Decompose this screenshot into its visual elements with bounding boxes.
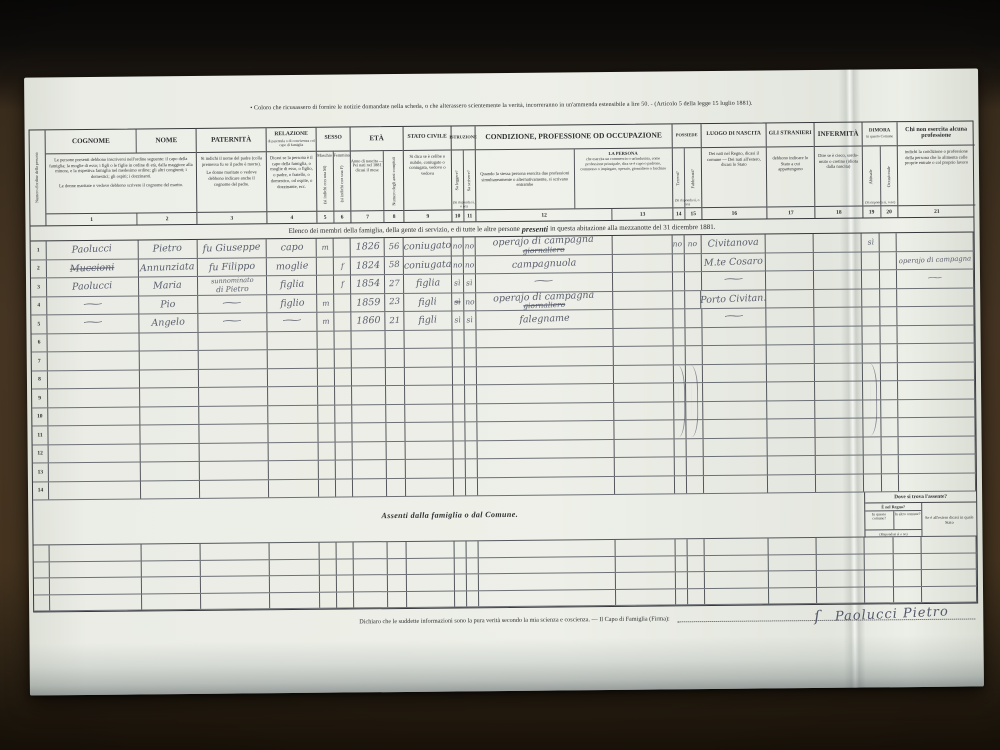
- col-number-15: 15: [685, 208, 701, 219]
- header-group-sesso: SESSO Maschio (si indichi con una M) Fem…: [317, 127, 352, 222]
- row-number: 2: [31, 260, 47, 278]
- birthplace: [702, 327, 767, 345]
- birthplace: Civitanova: [701, 234, 766, 252]
- foreigner-state: [766, 234, 814, 252]
- civil-status: [406, 422, 454, 440]
- col-number-5: 5: [317, 212, 334, 223]
- civil-status: coniugato: [404, 237, 452, 255]
- paternity: [199, 387, 269, 405]
- header-group-istruzione: ISTRUZIONE Sa leggere? Sa scrivere? (Si …: [452, 126, 477, 221]
- col-number-21: 21: [898, 206, 975, 218]
- handwritten-entry: no: [465, 298, 475, 306]
- birth-year: [354, 575, 388, 591]
- owns-buildings: [685, 365, 702, 383]
- handwritten-entry: sì: [454, 279, 461, 287]
- can-write: [465, 367, 477, 385]
- profession: [477, 402, 614, 421]
- handwritten-entry: Angelo: [151, 318, 185, 329]
- handwritten-entry: Paolucci: [72, 281, 113, 292]
- handwritten-entry: 23: [389, 298, 400, 307]
- owns-buildings: [684, 254, 701, 272]
- sex-male: [318, 387, 335, 405]
- profession: [477, 421, 614, 440]
- handwritten-entry: ~: [220, 318, 245, 327]
- paternity: [200, 560, 270, 576]
- sex-female: [335, 368, 352, 386]
- header-group-stato-civile: STATO CIVILE Si dica se è celibe o nubil…: [404, 126, 453, 221]
- civil-status: coniugata: [404, 256, 452, 274]
- civil-status: [405, 348, 453, 366]
- handwritten-entry: fu Giuseppe: [203, 243, 261, 255]
- table-header: Numero d'ordine della persona COGNOME NO…: [30, 121, 974, 226]
- absent-abroad-state: [922, 569, 977, 585]
- employment-position: [612, 235, 672, 253]
- residence-occasional: [881, 326, 898, 344]
- handwritten-entry: figli: [419, 315, 438, 325]
- col-number-4: 4: [267, 212, 316, 223]
- age-years: [387, 423, 406, 441]
- profession: [479, 556, 616, 573]
- handwritten-entry: f: [341, 280, 344, 288]
- owns-land: [672, 254, 684, 272]
- infirmity: [817, 554, 865, 570]
- birthplace: [703, 401, 768, 419]
- civil-status: figli: [405, 311, 453, 329]
- can-write: [465, 404, 477, 422]
- given-name: [141, 480, 200, 498]
- dimora-abituale-col: Abituale: [863, 146, 881, 206]
- residence-occasional: [882, 437, 899, 455]
- owns-land: [675, 539, 687, 555]
- dimora-note: (Si risponda sì, o no): [863, 200, 897, 204]
- can-write: [467, 574, 479, 590]
- civil-status: [406, 441, 454, 459]
- foreigner-state: [766, 253, 814, 271]
- provider-profession: [899, 454, 976, 472]
- col-number-16: 16: [702, 208, 766, 220]
- header-group-stranieri: GLI STRANIERI debbono indicare lo Stato …: [767, 123, 816, 218]
- header-group-dimora: DIMORA in questo Comune Abituale Occasio…: [863, 122, 899, 217]
- handwritten-entry: ~: [721, 313, 746, 322]
- chi-non-esercita-instructions: indichi la condizione o professione dell…: [898, 145, 976, 205]
- owns-buildings: [686, 457, 703, 475]
- residence-habitual: [863, 344, 881, 362]
- profession: [478, 439, 615, 458]
- birth-year: [352, 349, 386, 367]
- can-read: [453, 385, 465, 403]
- owns-land: [674, 383, 686, 401]
- foreigner-state: [769, 588, 817, 604]
- condizione-instructions: Quando la stessa persona esercita due pr…: [476, 149, 575, 209]
- owns-land: [675, 572, 687, 588]
- sex-female: [335, 386, 352, 404]
- header-stato-civile: STATO CIVILE: [404, 127, 451, 150]
- civil-status: figli: [404, 293, 452, 311]
- owns-land: [676, 589, 688, 605]
- handwritten-entry: figlia: [415, 278, 440, 288]
- surname: [50, 561, 142, 577]
- owns-buildings: [687, 572, 704, 588]
- can-write: [465, 422, 477, 440]
- employment-position: [614, 402, 674, 420]
- owns-buildings: [686, 476, 703, 494]
- owns-land: [674, 457, 686, 475]
- age-years: [386, 367, 405, 385]
- surname: [50, 577, 142, 593]
- penalty-notice: • Coloro che ricusassero di fornire le n…: [84, 99, 918, 113]
- absent-rows: [34, 536, 978, 611]
- relationship: [269, 479, 319, 497]
- possiede-note: (Si risponda sì, o no): [673, 198, 701, 206]
- row-number: 13: [33, 463, 49, 481]
- relationship: [270, 543, 320, 559]
- sex-female: f: [334, 275, 351, 293]
- paternity: ~: [198, 313, 268, 331]
- birthplace: [704, 571, 769, 587]
- paternity: [199, 443, 269, 461]
- handwritten-entry: m: [322, 299, 329, 307]
- residence-habitual: sì: [862, 233, 880, 251]
- can-read: [455, 558, 467, 574]
- given-name: Pio: [139, 295, 198, 313]
- sex-female: [336, 460, 353, 478]
- can-read: [455, 574, 467, 590]
- owns-buildings: [685, 346, 702, 364]
- paternita-instructions: Si indichi il nome del padre (colla prem…: [197, 152, 267, 212]
- header-dimora: DIMORA in questo Comune: [863, 122, 897, 145]
- infirmity: [814, 252, 862, 270]
- owns-land: [674, 402, 686, 420]
- absent-other-commune: [894, 553, 922, 569]
- age-years: [387, 460, 406, 478]
- relationship: [269, 424, 319, 442]
- age-years: [388, 558, 407, 574]
- header-infermita: INFERMITÀ: [815, 123, 862, 146]
- employment-position: [613, 328, 673, 346]
- header-group-condizione: CONDIZIONE, PROFESSIONE OD OCCUPAZIONE Q…: [476, 124, 674, 221]
- handwritten-entry: m: [321, 244, 328, 252]
- handwritten-entry: m: [322, 318, 329, 326]
- residence-habitual: [863, 326, 881, 344]
- sex-male: [318, 350, 335, 368]
- residence-occasional: [880, 252, 897, 270]
- owns-land: [674, 420, 686, 438]
- handwritten-entry: figli: [418, 297, 437, 307]
- sex-male: [319, 442, 336, 460]
- can-write: [467, 541, 479, 557]
- age-years: 23: [385, 293, 404, 311]
- infirmity: [816, 419, 864, 437]
- col-number-9: 9: [404, 211, 451, 222]
- handwritten-entry: sì: [455, 316, 462, 324]
- sex-male: [318, 368, 335, 386]
- profession: [477, 365, 614, 384]
- row-number: 14: [33, 482, 49, 500]
- col-number-11: 11: [464, 210, 476, 221]
- col-number-18: 18: [815, 207, 862, 218]
- relationship: [270, 559, 320, 575]
- row-number: 5: [31, 315, 47, 333]
- row-number: 7: [32, 352, 48, 370]
- absent-this-commune: [865, 554, 894, 570]
- row-number: 4: [31, 297, 47, 315]
- profession: [478, 476, 615, 495]
- foreigner-state: [769, 555, 817, 571]
- residence-habitual: [862, 270, 880, 288]
- row-number: [34, 562, 50, 578]
- owns-land: [673, 365, 685, 383]
- person-number-column-label: Numero d'ordine della persona: [35, 153, 40, 203]
- col-number-6: 6: [334, 212, 351, 223]
- paternity: [199, 406, 269, 424]
- provider-profession: [897, 232, 974, 250]
- age-years: [387, 441, 406, 459]
- sex-female: [334, 294, 351, 312]
- handwritten-entry: Muccioni: [70, 263, 115, 274]
- birthplace: ~: [702, 271, 767, 289]
- infirmity: [814, 234, 862, 252]
- residence-habitual: [864, 455, 882, 473]
- row-number: 9: [32, 389, 48, 407]
- col-number-2: 2: [138, 213, 197, 224]
- handwritten-entry: 21: [389, 316, 400, 325]
- table-body: 1PaolucciPietrofu Giuseppecapom182656con…: [31, 232, 976, 500]
- foreigner-state: [767, 308, 815, 326]
- can-write: no: [464, 237, 476, 255]
- handwritten-entry: sì: [867, 238, 874, 246]
- infirmity: [815, 326, 863, 344]
- foreigner-state: [768, 438, 816, 456]
- sex-female: [336, 423, 353, 441]
- row-number: 1: [31, 241, 47, 259]
- relationship: [268, 368, 318, 386]
- handwritten-entry: fu Filippo: [209, 261, 256, 272]
- can-read: [453, 367, 465, 385]
- sex-female: [334, 238, 351, 256]
- provider-profession: [898, 325, 975, 343]
- provider-profession: [898, 362, 975, 380]
- civil-status: [405, 385, 453, 403]
- sex-male: [319, 479, 336, 497]
- given-name: [140, 425, 199, 443]
- handwritten-entry: coniugato: [403, 241, 451, 252]
- handwritten-entry: falegname: [519, 314, 570, 325]
- luogo-instructions: Dei nati nel Regno, dicasi il comune — D…: [702, 147, 767, 207]
- employment-position: [614, 457, 674, 475]
- infirmity: [817, 571, 865, 587]
- header-group-paternita: PATERNITÀ Si indichi il nome del padre (…: [197, 128, 268, 224]
- employment-position: [613, 309, 673, 327]
- sex-male: [320, 576, 337, 592]
- profession: [478, 458, 615, 477]
- can-read: [453, 348, 465, 366]
- infirmity: [817, 587, 865, 603]
- employment-position: [615, 556, 675, 572]
- residence-habitual: [862, 252, 880, 270]
- infirmity: [814, 271, 862, 289]
- handwritten-entry: ~: [280, 317, 305, 326]
- handwritten-entry: 58: [389, 261, 400, 270]
- istruzione-note: (Si risponda sì, o no): [452, 200, 475, 208]
- profession: [479, 573, 616, 590]
- header-group-eta: ETÀ Anno di nascita — Pei nati nel 1881 …: [351, 127, 405, 223]
- handwritten-entry: Maria: [153, 281, 182, 292]
- civil-status: [405, 404, 453, 422]
- handwritten-entry: Pietro: [153, 244, 182, 255]
- birthplace: [704, 555, 769, 571]
- handwritten-entry: no: [453, 242, 463, 250]
- birthplace: [703, 438, 768, 456]
- row-number: 3: [31, 278, 47, 296]
- handwritten-entry: Annunziata: [140, 262, 195, 274]
- handwritten-entry: di Pietro: [216, 285, 249, 294]
- col-number-3: 3: [197, 212, 266, 224]
- owns-buildings: [687, 539, 704, 555]
- residence-occasional: [881, 400, 898, 418]
- handwritten-entry: ~: [220, 299, 245, 308]
- profession: operajo di campagnagiornaliero: [476, 291, 613, 310]
- profession: falegname: [476, 310, 613, 329]
- absent-caption: Assenti dalla famiglia o dal Comune.: [33, 507, 866, 524]
- relationship: figlio: [268, 294, 318, 312]
- sex-male: m: [317, 239, 334, 257]
- infirmity: [816, 474, 864, 492]
- sex-female: [337, 592, 354, 608]
- residence-occasional: [880, 233, 897, 251]
- given-name: [142, 593, 201, 609]
- foreigner-state: [766, 271, 814, 289]
- row-number: 6: [32, 334, 48, 352]
- residence-occasional: [880, 307, 897, 325]
- sex-female: [336, 442, 353, 460]
- birth-year: [353, 405, 387, 423]
- employment-position: [615, 539, 675, 555]
- birth-year: 1854: [351, 275, 385, 293]
- owns-buildings: [686, 402, 703, 420]
- handwritten-entry: no: [453, 261, 463, 269]
- handwritten-entry: ~: [80, 300, 105, 309]
- header-eta: ETÀ: [351, 127, 403, 150]
- handwritten-entry: Civitanova: [708, 238, 759, 249]
- handwritten-entry: f: [341, 262, 344, 270]
- handwritten-entry: campagnuola: [511, 258, 576, 270]
- infirmity: [817, 538, 865, 554]
- age-years: [387, 478, 406, 496]
- paternity: fu Filippo: [197, 258, 267, 276]
- given-name: [141, 462, 200, 480]
- civil-status: [406, 459, 454, 477]
- handwritten-entry: sì: [466, 279, 473, 287]
- birth-year: [352, 331, 386, 349]
- handwritten-entry: no: [673, 240, 683, 248]
- surname: [48, 388, 140, 406]
- cognome-instructions: Le persone presenti debbono inscriversi …: [46, 153, 197, 214]
- given-name: Maria: [139, 277, 198, 295]
- la-persona-instructions: LA PERSONA che esercita un commercio o u…: [574, 148, 672, 208]
- surname: Muccioni: [47, 259, 139, 277]
- foreigner-state: [767, 327, 815, 345]
- surname: Paolucci: [47, 241, 139, 259]
- employment-position: [614, 439, 674, 457]
- surname: [47, 333, 139, 351]
- paternity: [200, 543, 270, 559]
- sex-female: [337, 559, 354, 575]
- owns-buildings: [685, 272, 702, 290]
- civil-status: [407, 574, 455, 590]
- relationship: [270, 592, 320, 608]
- civil-status: [405, 367, 453, 385]
- surname: [50, 544, 142, 560]
- paternity: [199, 461, 269, 479]
- can-write: [466, 478, 478, 496]
- handwritten-entry: capo: [280, 243, 303, 253]
- can-read: [454, 441, 466, 459]
- birth-year: 1826: [351, 238, 385, 256]
- col-number-10: 10: [452, 210, 464, 221]
- this-commune-label: In questo comune?: [865, 511, 894, 529]
- employment-position: [615, 476, 675, 494]
- can-read: [453, 422, 465, 440]
- residence-habitual: [862, 289, 880, 307]
- owns-buildings: [685, 309, 702, 327]
- col-number-20: 20: [881, 206, 898, 217]
- surname: [50, 594, 142, 610]
- birth-year: [352, 368, 386, 386]
- paternity: sunnominatodi Pietro: [198, 276, 268, 294]
- sex-male: [319, 405, 336, 423]
- where-is-absent-box: Dove si trova l'assente? È nel Regno? In…: [864, 491, 976, 537]
- can-read: sì: [452, 293, 464, 311]
- relationship: [270, 576, 320, 592]
- handwritten-entry: 1859: [356, 297, 381, 307]
- owns-land: [673, 346, 685, 364]
- can-read: no: [452, 237, 464, 255]
- birth-year: [354, 592, 388, 608]
- person-number-column: Numero d'ordine della persona: [30, 130, 47, 225]
- relationship: [269, 442, 319, 460]
- handwritten-entry: 1860: [356, 316, 381, 326]
- owns-land: [673, 309, 685, 327]
- given-name: [140, 369, 199, 387]
- given-name: [139, 332, 198, 350]
- infirmity: [816, 456, 864, 474]
- residence-occasional: [881, 381, 898, 399]
- owns-land: [675, 556, 687, 572]
- civil-status: [407, 591, 455, 607]
- can-write: [465, 330, 477, 348]
- residence-occasional: [882, 455, 899, 473]
- presenti-emphasis: presenti: [522, 224, 548, 233]
- sex-female: [335, 312, 352, 330]
- sex-male: m: [317, 294, 334, 312]
- stato-civile-instructions: Si dica se è celibe o nubile, coniugato …: [404, 150, 452, 210]
- sesso-maschio-col: Maschio (si indichi con una M): [317, 151, 334, 211]
- owns-land: no: [672, 235, 684, 253]
- header-paternita: PATERNITÀ: [197, 128, 266, 151]
- given-name: [141, 544, 200, 560]
- provider-profession: [898, 399, 975, 417]
- handwritten-entry: coniugata: [404, 259, 452, 270]
- owns-land: [674, 439, 686, 457]
- age-years: [386, 404, 405, 422]
- col-number-19: 19: [863, 206, 881, 217]
- absent-this-commune: [865, 537, 894, 553]
- handwritten-entry: operajo di campagna: [899, 255, 972, 265]
- row-number: [34, 595, 50, 611]
- sex-male: [319, 424, 336, 442]
- absent-other-commune: [894, 537, 922, 553]
- infirmity: [815, 345, 863, 363]
